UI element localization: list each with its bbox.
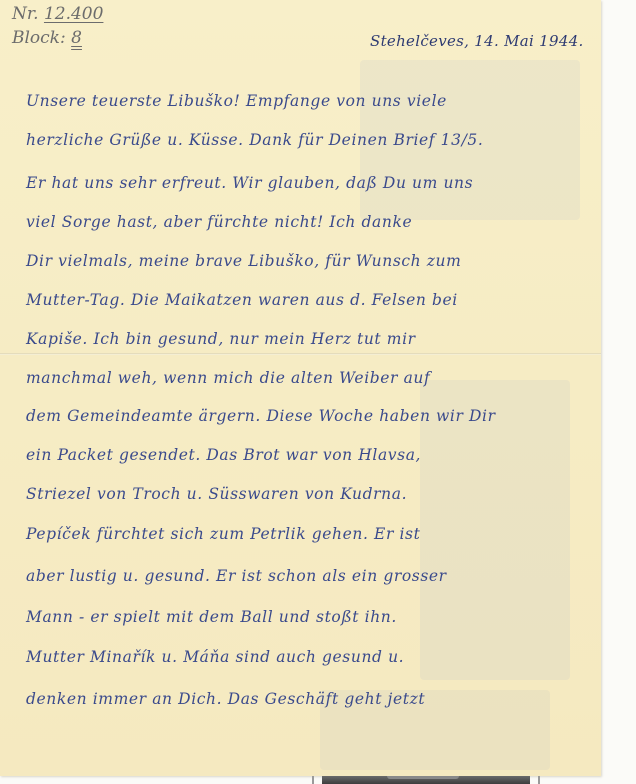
- scanner-clip: [322, 776, 530, 784]
- clip-edge: [387, 776, 459, 779]
- letter-line: viel Sorge hast, aber fürchte nicht! Ich…: [26, 213, 412, 231]
- letter-line: Er hat uns sehr erfreut. Wir glauben, da…: [26, 174, 473, 192]
- scanner-edge-mark: [538, 776, 540, 784]
- letter-line: herzliche Grüße u. Küsse. Dank für Deine…: [26, 131, 483, 149]
- registration-header: Nr. 12.400 Block: 8: [12, 2, 103, 50]
- block-value: 8: [71, 28, 82, 48]
- letter-line: Unsere teuerste Libuško! Empfange von un…: [26, 92, 447, 110]
- letter-line: manchmal weh, wenn mich die alten Weiber…: [26, 369, 430, 387]
- letter-line: ein Packet gesendet. Das Brot war von Hl…: [26, 446, 421, 464]
- scanner-edge-mark: [312, 776, 314, 784]
- letter-line: Mann - er spielt mit dem Ball und stoßt …: [26, 608, 397, 626]
- letter-line: aber lustig u. gesund. Er ist schon als …: [26, 567, 447, 585]
- letter-line: Mutter Minařík u. Máňa sind auch gesund …: [26, 648, 404, 666]
- letter-line: Mutter-Tag. Die Maikatzen waren aus d. F…: [26, 291, 458, 309]
- letter-line: denken immer an Dich. Das Geschäft geht …: [26, 690, 425, 708]
- letter-paper: Nr. 12.400 Block: 8 Stehelčeves, 14. Mai…: [0, 0, 601, 776]
- show-through-stain: [420, 380, 570, 680]
- place-and-date: Stehelčeves, 14. Mai 1944.: [370, 32, 584, 50]
- letter-line: Dir vielmals, meine brave Libuško, für W…: [26, 252, 461, 270]
- letter-line: Pepíček fürchtet sich zum Petrlik gehen.…: [26, 525, 420, 543]
- number-value: 12.400: [44, 4, 103, 24]
- block-label: Block:: [12, 28, 66, 48]
- scan-stage: Nr. 12.400 Block: 8 Stehelčeves, 14. Mai…: [0, 0, 636, 784]
- registration-number: Nr. 12.400: [12, 2, 103, 26]
- paper-fold-line: [0, 353, 601, 355]
- block-number: Block: 8: [12, 26, 103, 50]
- letter-line: dem Gemeindeamte ärgern. Diese Woche hab…: [26, 407, 496, 425]
- number-label: Nr.: [12, 4, 39, 24]
- letter-line: Striezel von Troch u. Süsswaren von Kudr…: [26, 485, 407, 503]
- letter-line: Kapiše. Ich bin gesund, nur mein Herz tu…: [26, 330, 416, 348]
